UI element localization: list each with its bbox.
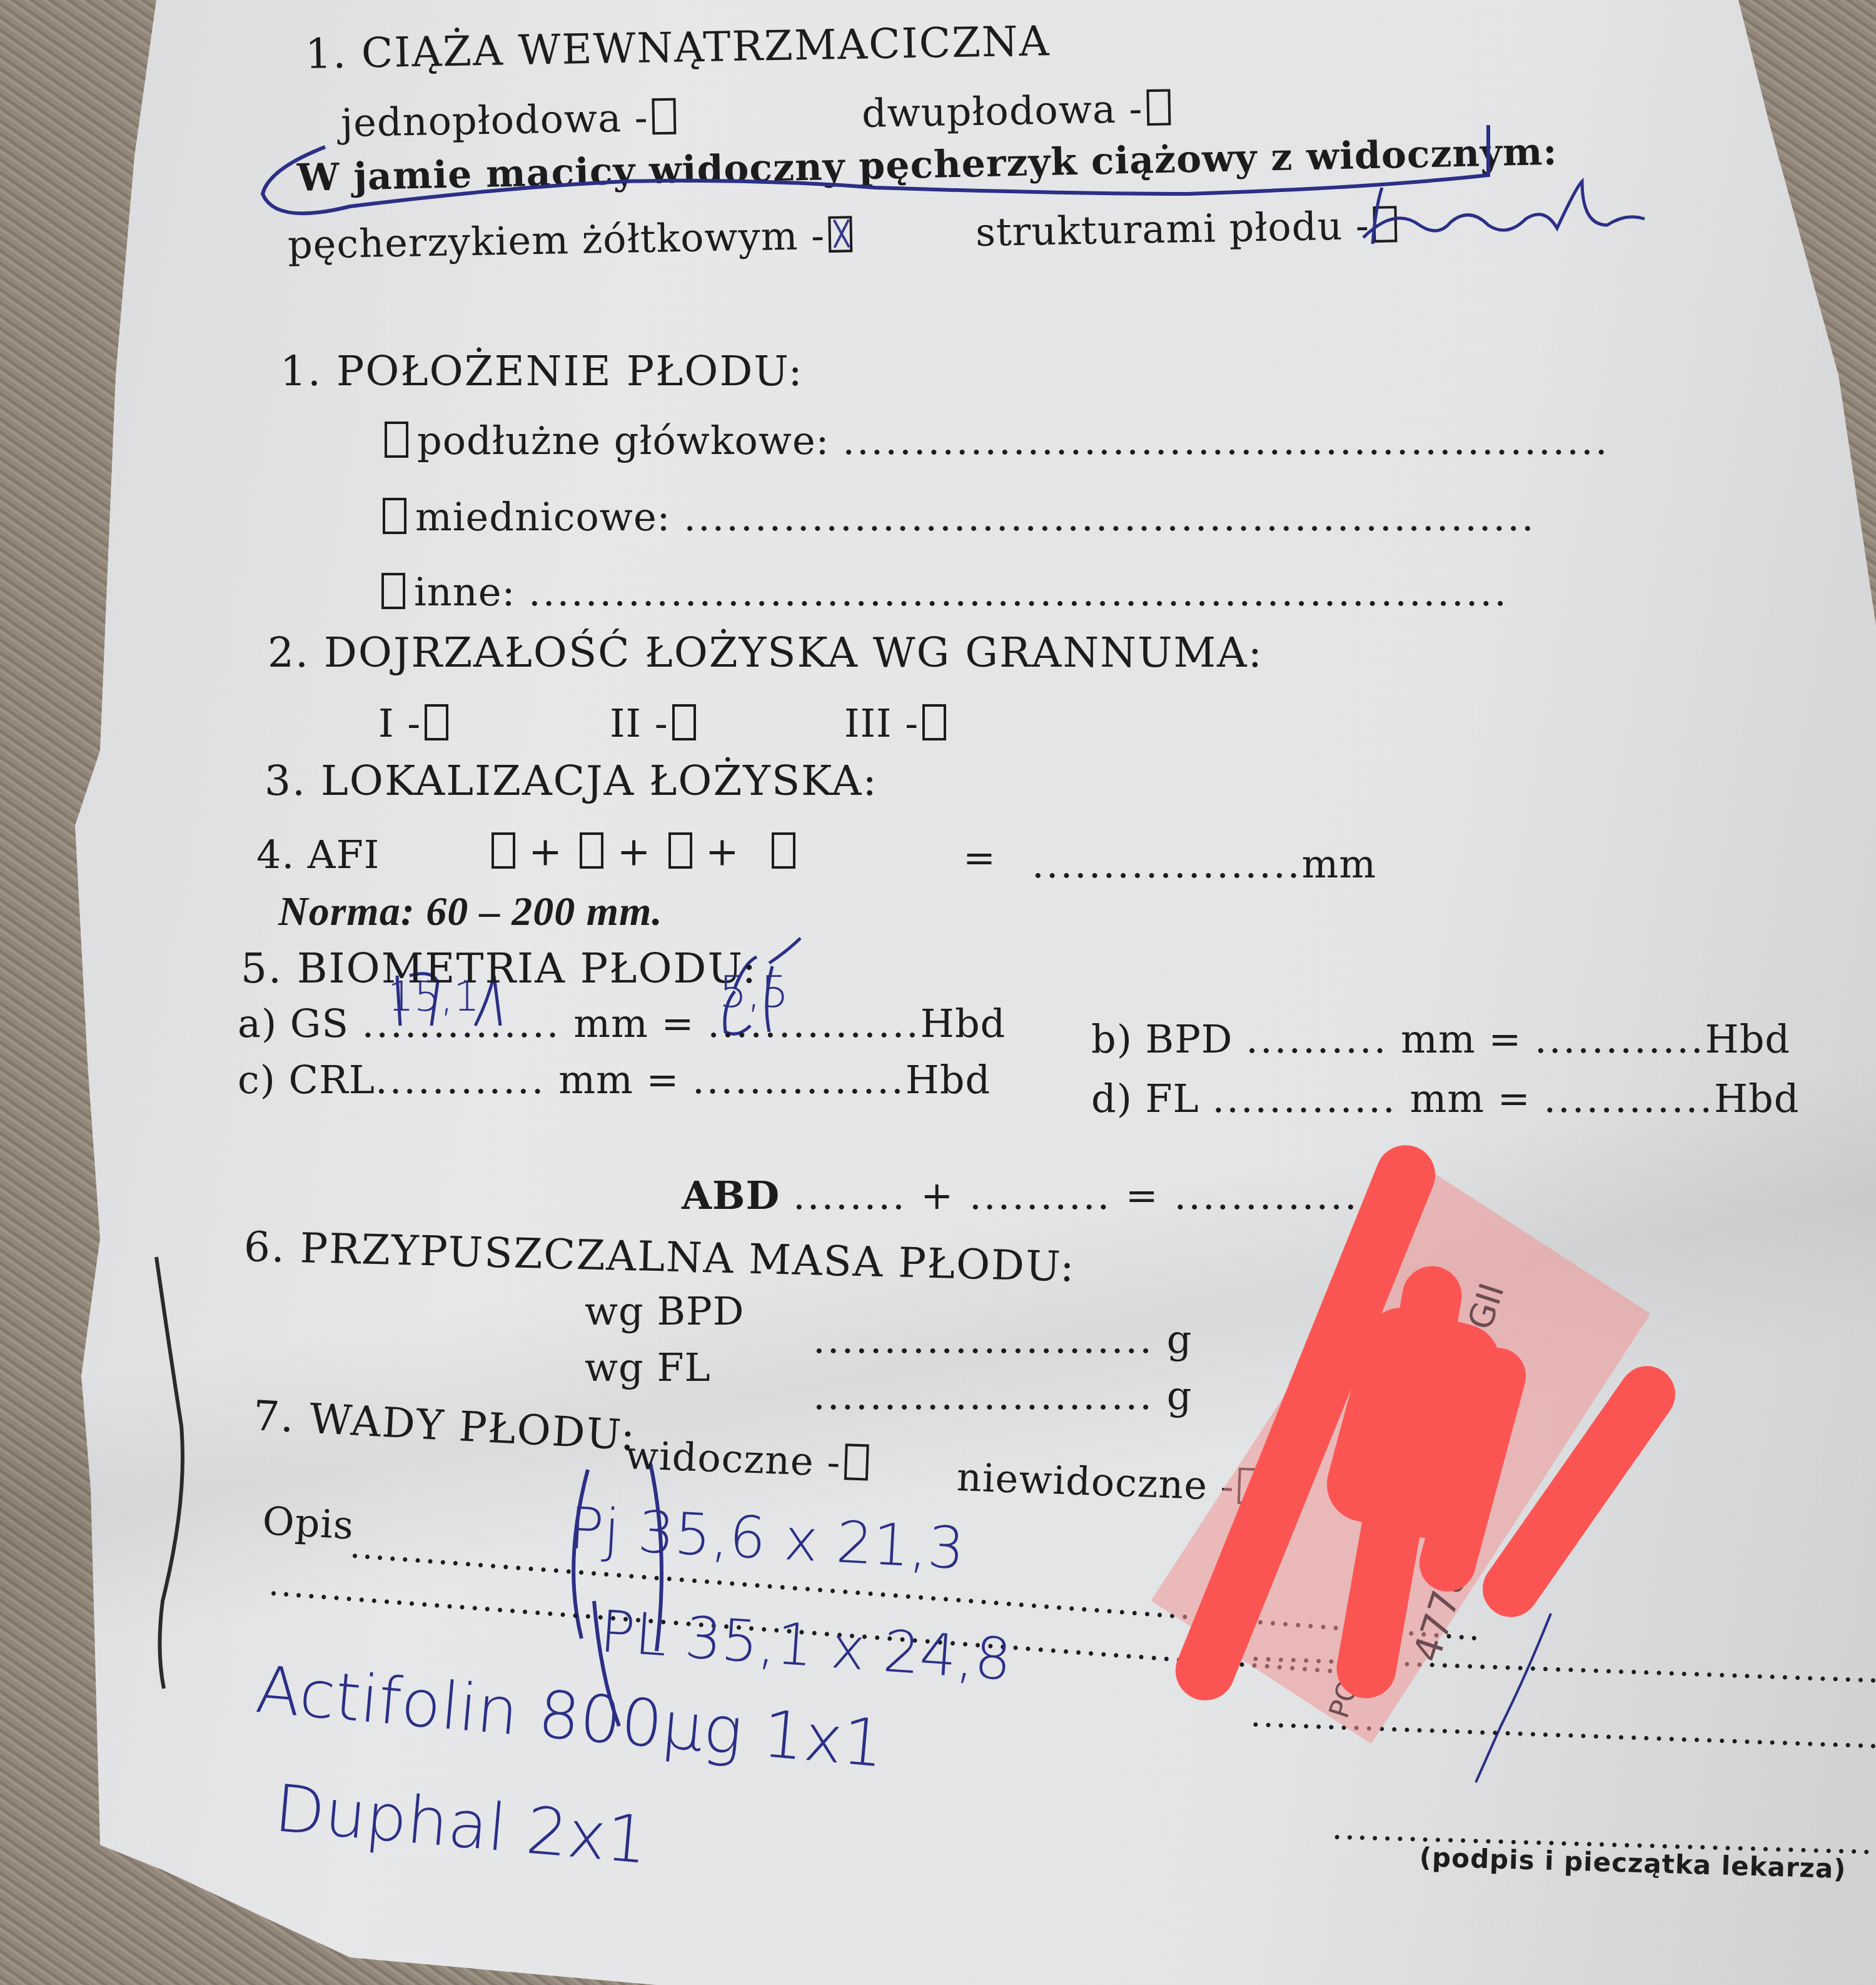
bpd-hbd-field[interactable]: ............ xyxy=(1535,1016,1705,1062)
grade-1-checkbox[interactable] xyxy=(425,704,448,740)
bpd-mm-unit: mm = xyxy=(1401,1016,1521,1062)
section-placenta-location-title: 3. LOKALIZACJA ŁOŻYSKA: xyxy=(265,757,878,805)
breech-label: miednicowe: xyxy=(415,494,670,540)
cephalic-label: podłużne główkowe: xyxy=(417,418,829,463)
weight-by-fl-row: ........................ g xyxy=(813,1373,1192,1418)
biometry-row-gs: a) GS .............. mm = ..............… xyxy=(238,1001,1006,1046)
afi-equals: = xyxy=(963,835,996,881)
section-placenta-maturity-title: 2. DOJRZAŁOŚĆ ŁOŻYSKA WG GRANNUMA: xyxy=(268,629,1263,677)
afi-q3-box[interactable] xyxy=(668,832,692,869)
breech-dots[interactable]: ........................................… xyxy=(683,494,1535,540)
position-option-other: inne: ..................................… xyxy=(381,569,1508,615)
afi-q4-box[interactable] xyxy=(772,832,795,869)
defects-visible-label: widoczne - xyxy=(625,1432,842,1485)
fl-mm-field[interactable]: ............. xyxy=(1213,1076,1397,1121)
position-option-cephalic: podłużne główkowe: .....................… xyxy=(385,418,1609,463)
gs-mm-unit: mm = xyxy=(573,1001,694,1046)
bpd-hbd-unit: Hbd xyxy=(1705,1016,1790,1062)
afi-unit: mm xyxy=(1301,841,1376,887)
weight-by-bpd-row: ........................ g xyxy=(813,1316,1192,1362)
afi-norm: Norma: 60 – 200 mm. xyxy=(278,888,663,936)
crl-hbd-unit: Hbd xyxy=(905,1057,991,1103)
bpd-label: b) BPD xyxy=(1091,1016,1233,1062)
defects-invisible-label: niewidoczne - xyxy=(956,1454,1235,1509)
section-biometry-title: 5. BIOMETRIA PŁODU: xyxy=(241,944,757,993)
weight-by-fl-label: wg FL xyxy=(585,1345,711,1390)
afi-formula: + + + xyxy=(488,829,795,875)
other-position-dots[interactable]: ........................................… xyxy=(528,569,1508,615)
fl-hbd-field[interactable]: ............ xyxy=(1543,1076,1714,1121)
grade-1-option: I - xyxy=(378,700,448,746)
description-label: Opis xyxy=(261,1498,355,1548)
fl-mm-unit: mm = xyxy=(1410,1076,1530,1121)
gs-mm-handwritten: 15,1 xyxy=(388,972,480,1021)
weight-by-bpd-field[interactable]: ........................ xyxy=(813,1316,1154,1362)
abd-label: ABD xyxy=(682,1173,780,1218)
position-option-breech: miednicowe: ............................… xyxy=(383,494,1536,540)
biometry-row-fl: d) FL ............. mm = ............Hbd xyxy=(1091,1076,1799,1121)
crl-label: c) CRL xyxy=(238,1057,375,1103)
other-position-checkbox[interactable] xyxy=(381,573,405,609)
bpd-mm-field[interactable]: .......... xyxy=(1246,1016,1388,1062)
gs-hbd-handwritten: 5,5 xyxy=(719,966,789,1018)
weight-by-fl-unit: g xyxy=(1167,1373,1193,1418)
defects-visible-option: widoczne - xyxy=(625,1432,869,1487)
fl-label: d) FL xyxy=(1091,1076,1199,1121)
cephalic-checkbox[interactable] xyxy=(385,422,408,458)
breech-checkbox[interactable] xyxy=(383,498,406,534)
crl-hbd-field[interactable]: ............... xyxy=(692,1057,905,1103)
afi-q2-box[interactable] xyxy=(580,832,603,869)
afi-q1-box[interactable] xyxy=(492,832,515,869)
biometry-row-bpd: b) BPD .......... mm = ............Hbd xyxy=(1091,1016,1790,1062)
biometry-row-crl: c) CRL............ mm = ...............H… xyxy=(238,1057,991,1103)
afi-result-dots[interactable]: ................... xyxy=(1032,841,1301,887)
fl-hbd-unit: Hbd xyxy=(1714,1076,1799,1121)
afi-result: ...................mm xyxy=(1032,841,1376,887)
crl-mm-unit: mm = xyxy=(558,1057,679,1103)
weight-by-fl-field[interactable]: ........................ xyxy=(813,1373,1154,1418)
grade-3-label: III - xyxy=(844,700,919,746)
afi-label: 4. AFI xyxy=(256,832,380,877)
underline-scribble xyxy=(263,125,1488,213)
abd-row: ABD ........ + .......... = ............… xyxy=(682,1173,1430,1218)
defects-visible-checkbox[interactable] xyxy=(844,1443,869,1480)
gs-label: a) GS xyxy=(238,1001,349,1046)
cephalic-dots[interactable]: ........................................… xyxy=(842,418,1609,463)
abd-formula[interactable]: ........ + .......... = ................… xyxy=(793,1173,1430,1218)
gs-hbd-unit: Hbd xyxy=(920,1001,1006,1046)
other-position-label: inne: xyxy=(414,569,515,615)
grade-2-option: II - xyxy=(610,700,696,746)
grade-2-label: II - xyxy=(610,700,668,746)
grade-3-option: III - xyxy=(844,700,946,746)
grade-2-checkbox[interactable] xyxy=(672,704,696,740)
weight-by-bpd-label: wg BPD xyxy=(585,1288,744,1334)
section-position-title: 1. POŁOŻENIE PŁODU: xyxy=(280,347,804,395)
crl-mm-field[interactable]: ............ xyxy=(375,1057,546,1103)
weight-by-bpd-unit: g xyxy=(1167,1316,1193,1362)
grade-3-checkbox[interactable] xyxy=(922,704,946,740)
grade-1-label: I - xyxy=(378,700,421,746)
